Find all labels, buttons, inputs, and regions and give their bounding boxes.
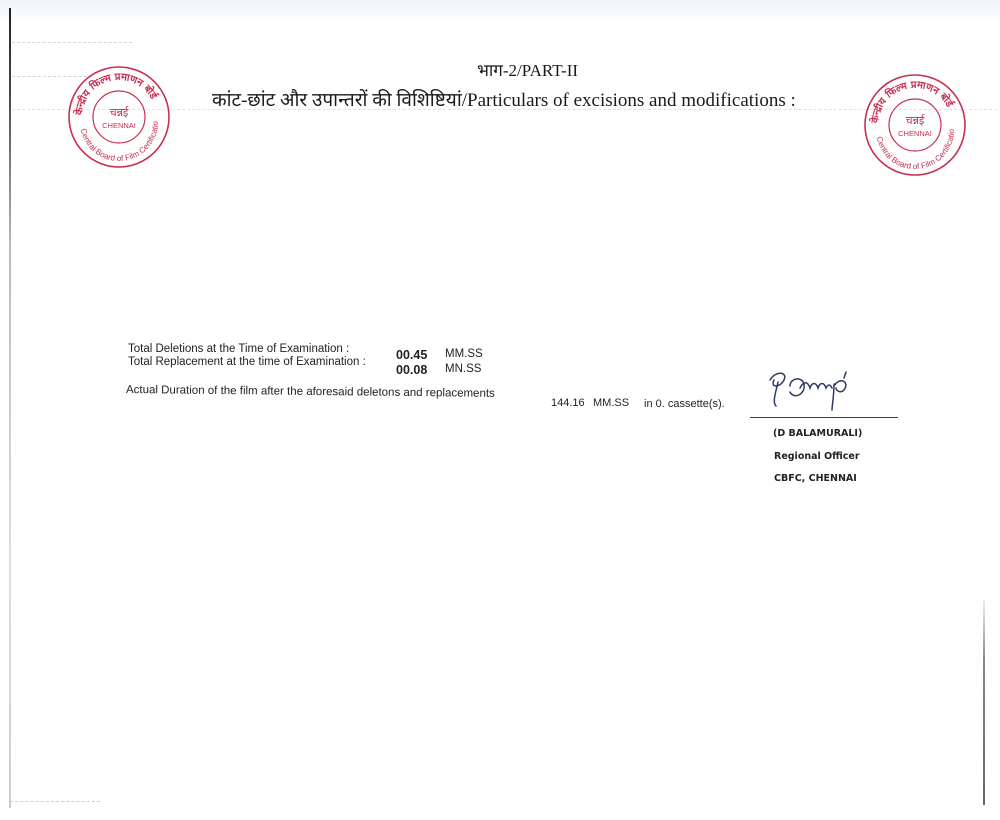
cbfc-stamp-left: केन्द्रीय फिल्म प्रमाणन बोर्ड Central Bo…: [66, 64, 172, 170]
deletions-value: 00.45: [396, 348, 427, 362]
scan-right-border: [983, 600, 985, 805]
section-title: कांट-छांट और उपान्तरों की विशिष्टियां/Pa…: [212, 86, 796, 112]
stamp-center-english: CHENNAI: [898, 129, 932, 138]
scan-left-border: [9, 8, 11, 808]
replacement-value: 00.08: [396, 363, 427, 377]
deletions-unit: MM.SS: [445, 348, 483, 360]
signature-icon: [760, 366, 880, 416]
duration-unit: MM.SS: [593, 397, 629, 409]
duration-value: 144.16: [551, 397, 585, 409]
replacement-unit: MN.SS: [445, 363, 481, 375]
scan-top-tint: [0, 0, 1000, 22]
officer-name: (D BALAMURALI): [773, 428, 862, 439]
duration-label: Actual Duration of the film after the af…: [126, 384, 495, 400]
replacement-label: Total Replacement at the time of Examina…: [128, 356, 366, 368]
officer-designation: Regional Officer: [774, 451, 860, 462]
stamp-center-hindi: चन्नई: [906, 114, 926, 127]
deletions-label: Total Deletions at the Time of Examinati…: [128, 343, 349, 355]
cassette-text: in 0. cassette(s).: [644, 398, 725, 410]
officer-office: CBFC, CHENNAI: [774, 473, 857, 484]
scan-bottom-border: [10, 801, 100, 803]
faint-rule: [12, 42, 132, 43]
cbfc-stamp-right: केन्द्रीय फिल्म प्रमाणन बोर्ड Central Bo…: [862, 72, 968, 178]
stamp-seal-icon: केन्द्रीय फिल्म प्रमाणन बोर्ड Central Bo…: [862, 72, 968, 178]
stamp-center-english: CHENNAI: [102, 121, 136, 130]
stamp-seal-icon: केन्द्रीय फिल्म प्रमाणन बोर्ड Central Bo…: [66, 64, 172, 170]
stamp-center-hindi: चन्नई: [110, 106, 130, 119]
signature-line: [750, 417, 898, 418]
signature-scribble: [760, 366, 880, 416]
